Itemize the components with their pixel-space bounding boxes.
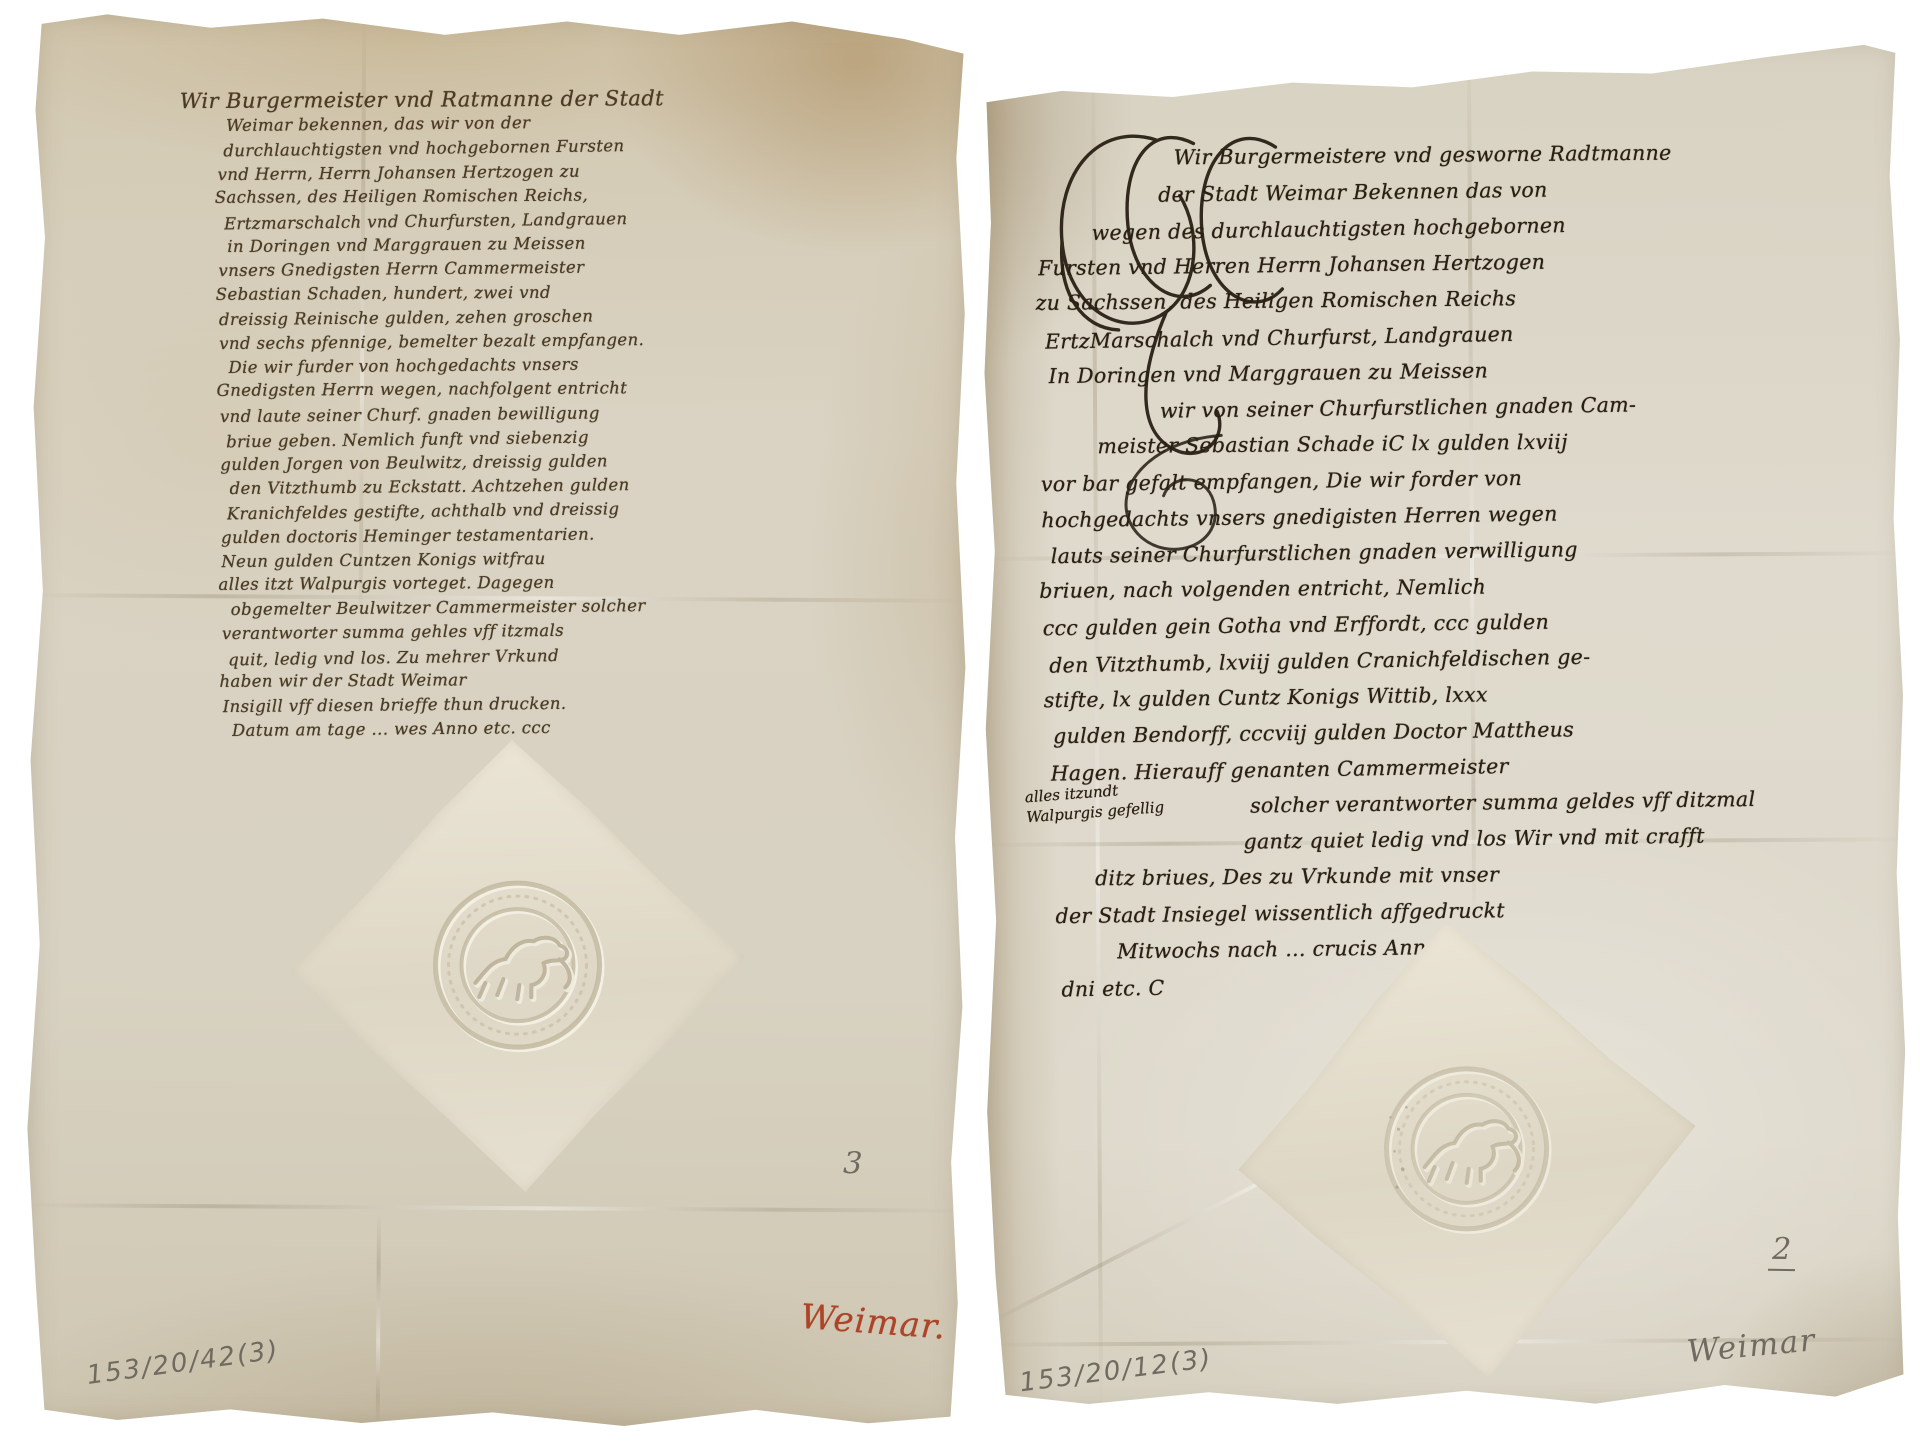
archive-shelfmark: 153/20/12(3)	[1018, 1344, 1214, 1399]
pencil-weimar-inscription: Weimar	[1685, 1322, 1817, 1370]
manuscript-text-body: Wir Burgermeistere vnd gesworne Radtmann…	[1036, 132, 1857, 1007]
embossed-lion-seal-icon	[354, 801, 682, 1129]
red-weimar-inscription: Weimar.	[799, 1297, 948, 1348]
fold-crease	[25, 1203, 963, 1213]
manuscript-document-right: Wir Burgermeistere vnd gesworne Radtmann…	[979, 39, 1909, 1413]
manuscript-text-body: Wir Burgermeister vnd Ratmanne der Stadt…	[217, 83, 965, 744]
manuscript-line: meister Sebastian Schade iC lx gulden lx…	[1097, 421, 1847, 464]
manuscript-line: Sebastian Schaden, hundert, zwei vnd	[216, 278, 958, 307]
page-number: 2	[1768, 1232, 1796, 1271]
manuscript-line: Gnedigsten Herrn wegen, nachfolgent entr…	[217, 375, 959, 404]
manuscript-document-left: Wir Burgermeister vnd Ratmanne der Stadt…	[24, 11, 971, 1431]
seal-paper-square	[287, 735, 748, 1196]
page-number: 3	[843, 1146, 864, 1182]
fold-crease	[376, 1213, 381, 1427]
manuscript-line: haben wir der Stadt Weimar	[219, 665, 961, 694]
embossed-lion-seal-icon	[1301, 983, 1633, 1315]
archive-shelfmark: 153/20/42(3)	[85, 1335, 281, 1391]
